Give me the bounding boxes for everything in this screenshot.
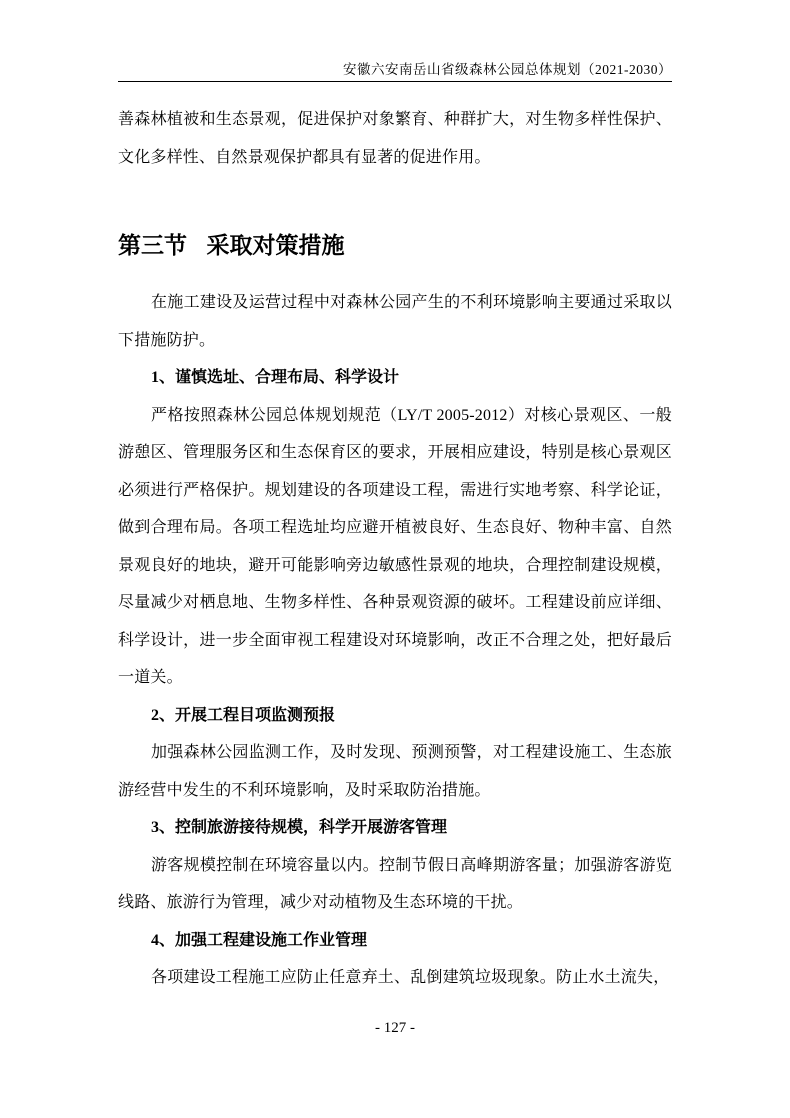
item-heading: 2、开展工程目项监测预报 xyxy=(118,697,672,735)
page-footer: - 127 - xyxy=(0,1018,790,1038)
text-line: 尽量减少对栖息地、生物多样性、各种景观资源的破坏。工程建设前应详细、 xyxy=(118,584,672,622)
section-title: 采取对策措施 xyxy=(207,233,345,258)
paragraph: 游客规模控制在环境容量以内。控制节假日高峰期游客量；加强游客游览线路、旅游行为管… xyxy=(118,847,672,922)
paragraph: 各项建设工程施工应防止任意弃土、乱倒建筑垃圾现象。防止水土流失， xyxy=(118,959,672,997)
text-line: 游憩区、管理服务区和生态保育区的要求，开展相应建设，特别是核心景观区 xyxy=(118,434,672,472)
paragraph: 在施工建设及运营过程中对森林公园产生的不利环境影响主要通过采取以下措施防护。 xyxy=(118,284,672,359)
paragraph: 善森林植被和生态景观，促进保护对象繁育、种群扩大，对生物多样性保护、文化多样性、… xyxy=(118,101,672,176)
text-line: 在施工建设及运营过程中对森林公园产生的不利环境影响主要通过采取以 xyxy=(118,284,672,322)
text-line: 各项建设工程施工应防止任意弃土、乱倒建筑垃圾现象。防止水土流失， xyxy=(118,959,672,997)
text-line: 科学设计，进一步全面审视工程建设对环境影响，改正不合理之处，把好最后 xyxy=(118,622,672,660)
page-header: 安徽六安南岳山省级森林公园总体规划（2021-2030） xyxy=(118,60,672,82)
text-line: 必须进行严格保护。规划建设的各项建设工程，需进行实地考察、科学论证， xyxy=(118,472,672,510)
item-heading: 1、谨慎选址、合理布局、科学设计 xyxy=(118,359,672,397)
item-heading: 4、加强工程建设施工作业管理 xyxy=(118,922,672,960)
document-body: 善森林植被和生态景观，促进保护对象繁育、种群扩大，对生物多样性保护、文化多样性、… xyxy=(118,101,672,997)
text-line: 严格按照森林公园总体规划规范（LY/T 2005-2012）对核心景观区、一般 xyxy=(118,397,672,435)
section-heading: 第三节采取对策措施 xyxy=(118,221,672,271)
text-line: 下措施防护。 xyxy=(118,322,672,360)
text-line: 线路、旅游行为管理，减少对动植物及生态环境的干扰。 xyxy=(118,884,672,922)
paragraph: 加强森林公园监测工作，及时发现、预测预警，对工程建设施工、生态旅游经营中发生的不… xyxy=(118,734,672,809)
paragraph: 严格按照森林公园总体规划规范（LY/T 2005-2012）对核心景观区、一般游… xyxy=(118,397,672,697)
text-line: 文化多样性、自然景观保护都具有显著的促进作用。 xyxy=(118,139,672,177)
text-line: 游经营中发生的不利环境影响，及时采取防治措施。 xyxy=(118,772,672,810)
text-line: 做到合理布局。各项工程选址均应避开植被良好、生态良好、物种丰富、自然 xyxy=(118,509,672,547)
text-line: 游客规模控制在环境容量以内。控制节假日高峰期游客量；加强游客游览 xyxy=(118,847,672,885)
text-line: 一道关。 xyxy=(118,659,672,697)
item-heading: 3、控制旅游接待规模，科学开展游客管理 xyxy=(118,809,672,847)
running-header-title: 安徽六安南岳山省级森林公园总体规划（2021-2030） xyxy=(118,60,672,80)
document-page: 安徽六安南岳山省级森林公园总体规划（2021-2030） 善森林植被和生态景观，… xyxy=(0,0,790,1118)
text-line: 景观良好的地块，避开可能影响旁边敏感性景观的地块，合理控制建设规模， xyxy=(118,547,672,585)
section-number: 第三节 xyxy=(118,233,187,258)
text-line: 善森林植被和生态景观，促进保护对象繁育、种群扩大，对生物多样性保护、 xyxy=(118,101,672,139)
page-number: - 127 - xyxy=(375,1020,415,1036)
text-line: 加强森林公园监测工作，及时发现、预测预警，对工程建设施工、生态旅 xyxy=(118,734,672,772)
header-rule xyxy=(118,81,672,82)
